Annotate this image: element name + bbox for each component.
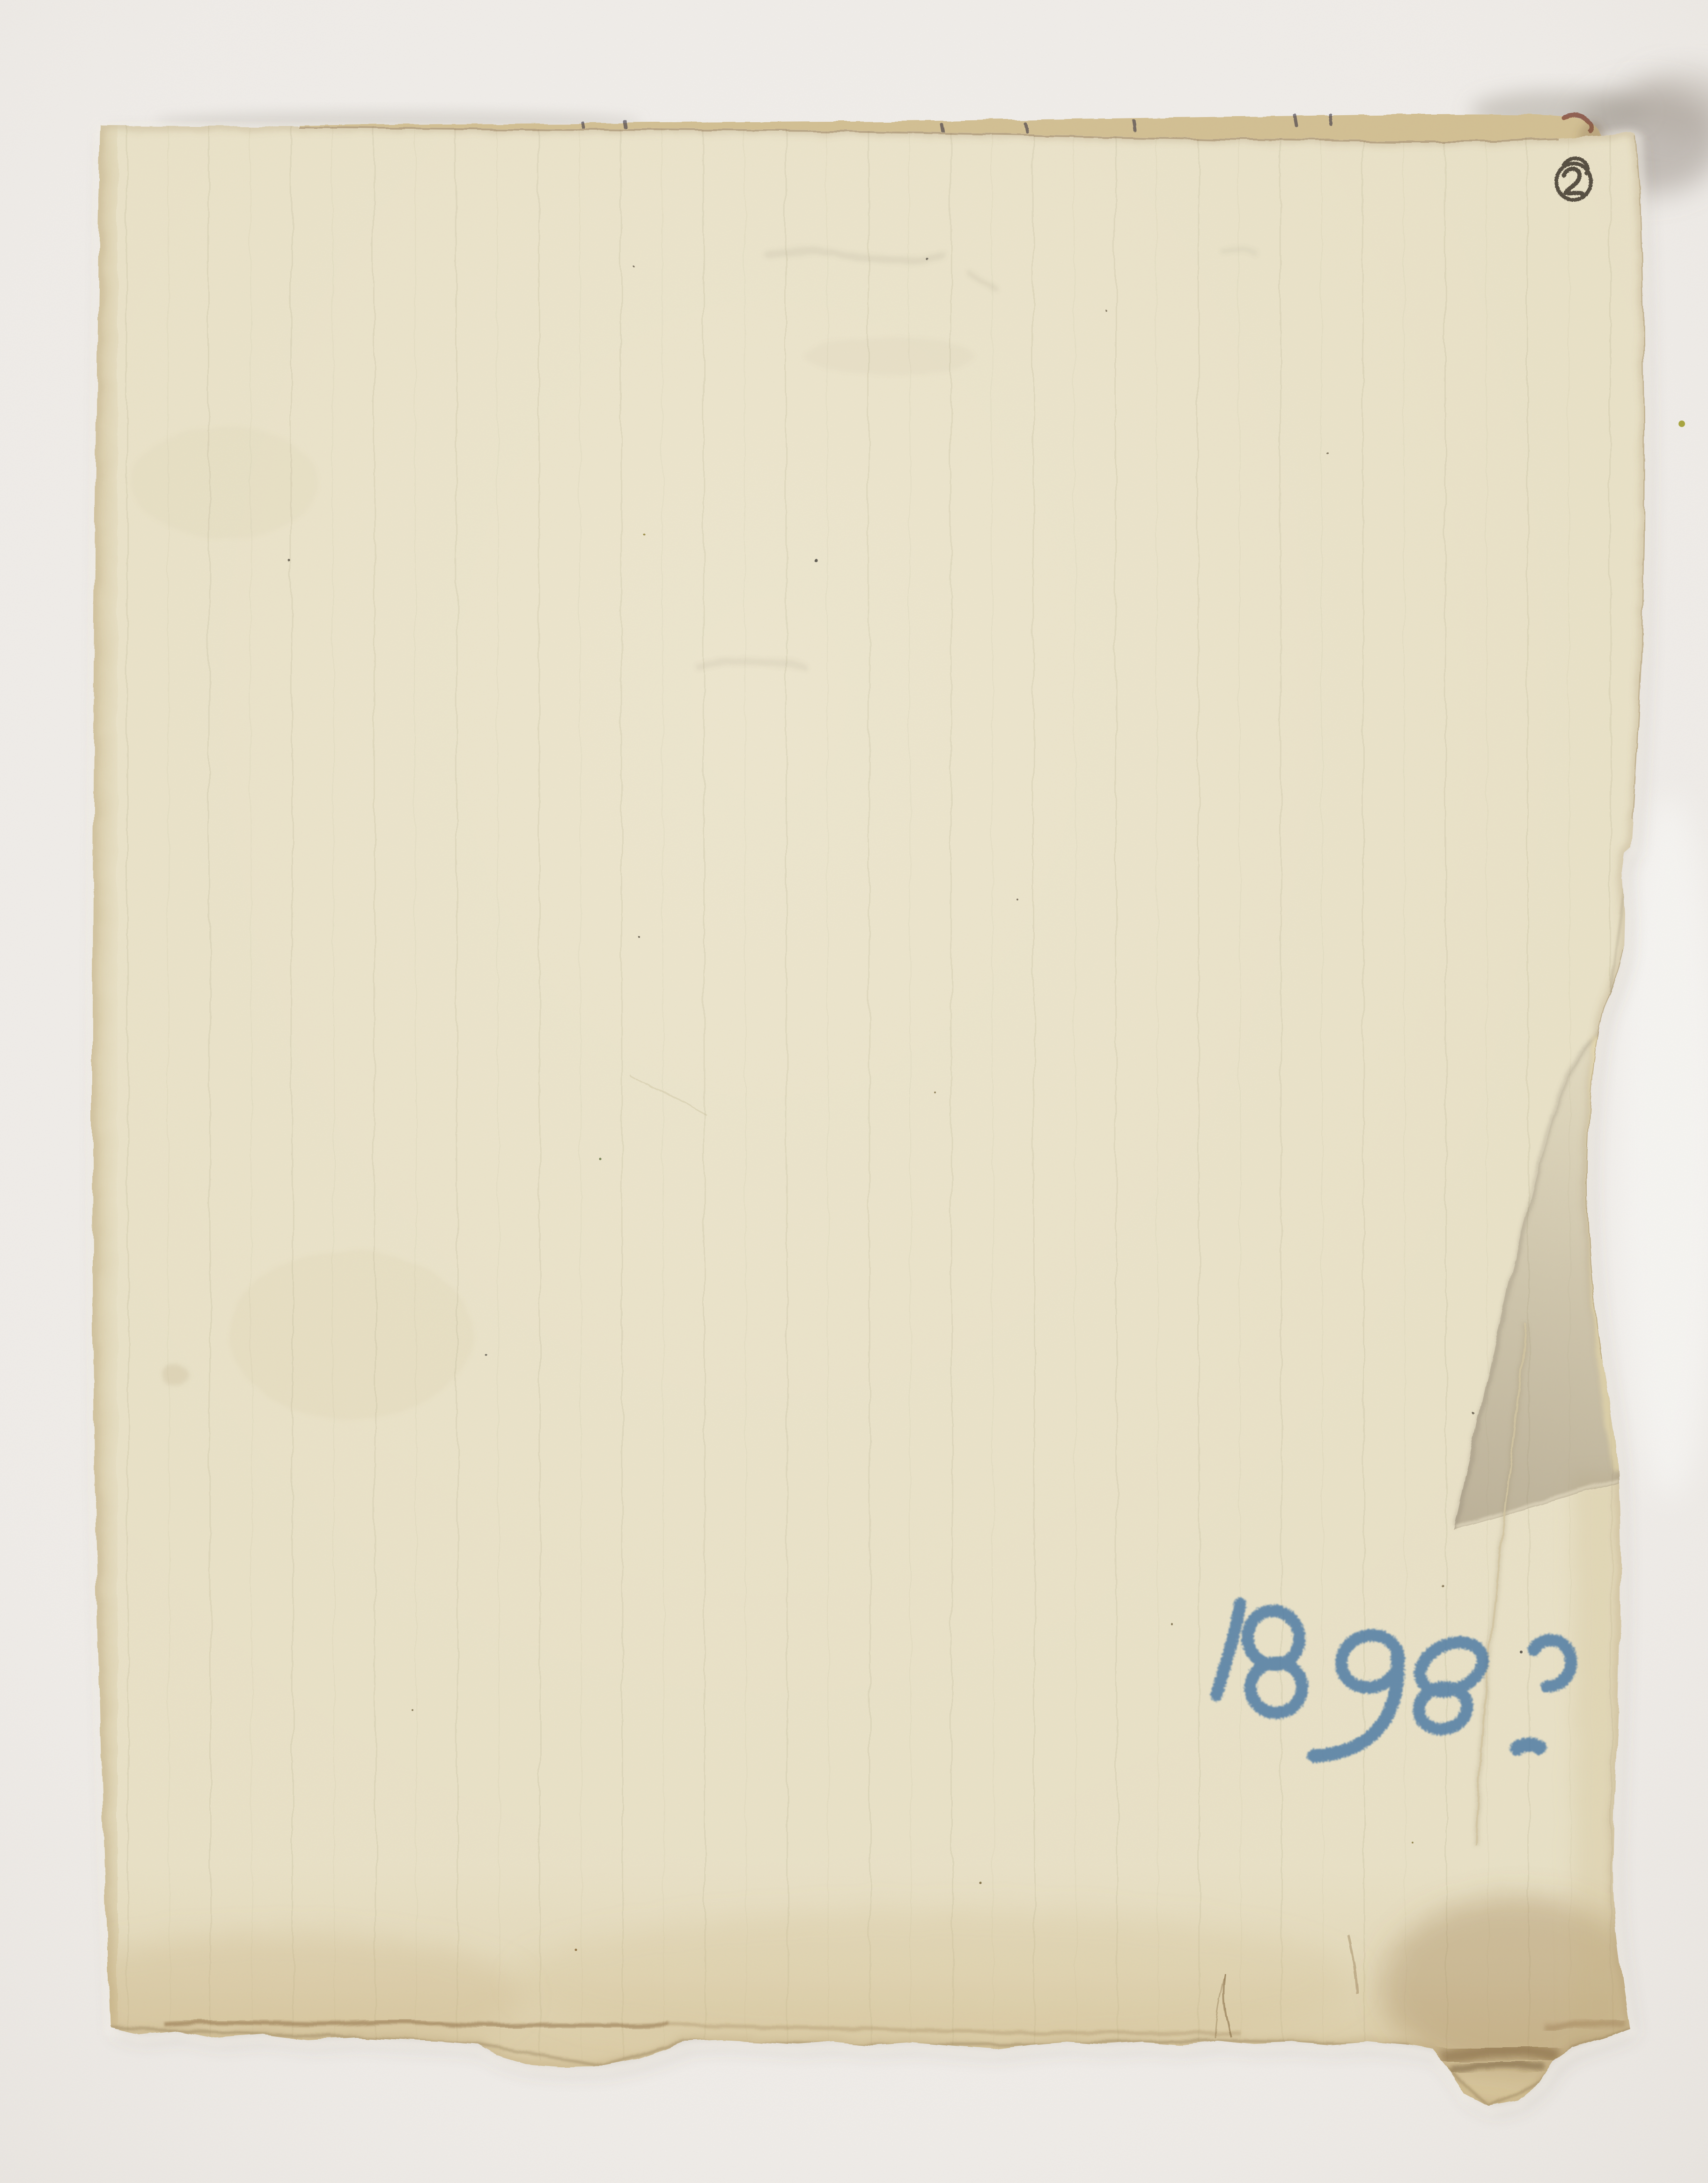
fiber-speck [1679, 420, 1685, 427]
scanned-document-page: 1898 ? 2 [0, 0, 1708, 2183]
paper-sheet [0, 0, 1708, 2183]
question-mark-dot [1517, 1745, 1539, 1749]
document-scan: 1898 ? 2 [0, 0, 1708, 2183]
